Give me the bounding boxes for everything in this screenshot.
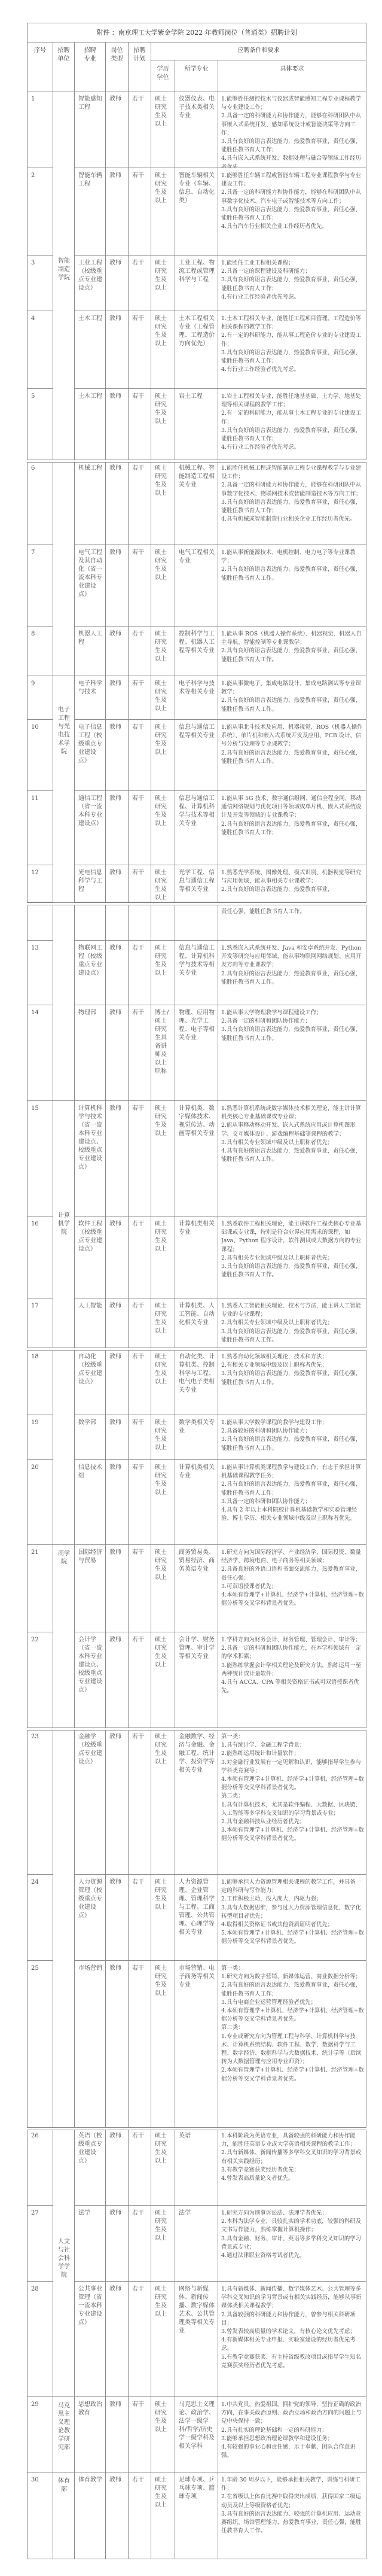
cell-req: 第一类： 1.具有统计学、金融工程学背景； 2.能熟练运用统计和计量软件； 3.…	[218, 1729, 366, 1875]
cell-type: 教师	[106, 941, 129, 1005]
header-requirements: 具体要求	[218, 60, 366, 92]
cell-type: 教师	[106, 461, 129, 545]
unit-cell: 体育部	[53, 2472, 75, 2559]
cell-seq: 10	[27, 720, 53, 791]
cell-req: 1.能从事大学物理教学与课程建设工作； 2.具备一定的科研和团队协作能力； 3.…	[218, 1005, 366, 1101]
cell-major: 思想政治教育	[75, 2397, 106, 2472]
cell-degree: 硕士研究生及以上	[151, 791, 175, 865]
cell-type: 教师	[106, 1005, 129, 1101]
unit-name: 电子工程与光电技术学院	[56, 706, 72, 756]
cell-type: 教师	[106, 1415, 129, 1460]
cell-field: 计算机类相关专业	[175, 1216, 218, 1298]
cell-plan: 若干	[129, 720, 151, 791]
cell-type: 教师	[106, 676, 129, 720]
cell-plan: 若干	[129, 461, 151, 545]
cell-plan: 若干	[129, 2397, 151, 2472]
unit-cell: 智能制造学院	[53, 92, 75, 676]
cell-major: 公共事业管理（省一流本科专业建设点）	[75, 2282, 106, 2397]
cell-type: 教师	[106, 1875, 129, 1961]
cell-req: 1.熟悉自动化领域相关理论，技术和方法； 2.有相关专业领域中级及以上职称者优先…	[218, 1349, 366, 1415]
cell-degree: 硕士研究生及以上	[151, 256, 175, 311]
cell-major: 机械工程	[75, 461, 106, 545]
cell-seq: 12	[27, 865, 53, 902]
cell-field: 光学工程、信息与通信工程等相关专业	[175, 865, 218, 902]
cell-major: 电子科学与技术	[75, 676, 106, 720]
cell-req: 1.中共党员，热爱祖国，拥护党的领导，坚持正确的政治方向，在事关政治原则、政治立…	[218, 2397, 366, 2472]
cell-plan: 若干	[129, 2128, 151, 2206]
cell-degree-continued	[151, 904, 175, 941]
cell-req: 1.研究方向为国际经济学、产业经济学、国际投资、数量经济学、跨境电商、电子商务等…	[218, 1545, 366, 1632]
cell-degree: 硕士研究生及以上	[151, 865, 175, 902]
cell-seq: 4	[27, 311, 53, 389]
cell-seq: 3	[27, 256, 53, 311]
cell-plan-continued	[129, 904, 151, 941]
cell-field-continued	[175, 904, 218, 941]
cell-seq: 14	[27, 1005, 53, 1101]
cell-major-continued	[75, 904, 106, 941]
cell-major: 工业工程（校级重点专业建设点）	[75, 256, 106, 311]
cell-major: 会计学（省一流本科专业建设点、校级重点专业建设点）	[75, 1632, 106, 1729]
cell-type: 教师	[106, 545, 129, 626]
cell-major: 金融学（校级重点专业建设点）	[75, 1729, 106, 1875]
cell-plan: 若干	[129, 1460, 151, 1545]
cell-field: 马克思主义理论、政治学、法学一级学科/哲学/历史学一级学科及相关学科	[175, 2397, 218, 2472]
cell-plan: 若干	[129, 2282, 151, 2397]
cell-degree: 硕士研究生及以上	[151, 2206, 175, 2282]
cell-field: 信息与通信工程等相关专业	[175, 720, 218, 791]
cell-type: 教师	[106, 1298, 129, 1349]
cell-degree: 硕士研究生及以上	[151, 941, 175, 1005]
cell-field: 控制科学与工程、机器人工程等相关专业	[175, 626, 218, 676]
unit-name: 智能制造学院	[56, 257, 72, 282]
cell-plan: 若干	[129, 1875, 151, 1961]
cell-field: 自动化类、计算机类、控制科学与工程、电气电子类相关专业	[175, 1349, 218, 1415]
cell-major: 智能车辆工程	[75, 168, 106, 256]
cell-field: 信息与通信工程、计算机科学与技术等相关专业	[175, 941, 218, 1005]
cell-seq: 11	[27, 791, 53, 865]
cell-type-continued	[106, 904, 129, 941]
cell-plan: 若干	[129, 1101, 151, 1216]
cell-seq: 9	[27, 676, 53, 720]
cell-degree: 硕士研究生及以上	[151, 1632, 175, 1729]
cell-req: 1.能从事微电子、集成电路设计、集成电路测试等专业课教学； 2.具有良好的语言表…	[218, 676, 366, 720]
cell-seq: 26	[27, 2128, 53, 2206]
cell-degree: 硕士研究生及以上	[151, 1349, 175, 1415]
cell-type: 教师	[106, 2472, 129, 2559]
cell-seq: 13	[27, 941, 53, 1005]
cell-field: 电子科学与技术等相关专业	[175, 676, 218, 720]
cell-field: 工业工程、物流工程或管理科学与工程	[175, 256, 218, 311]
cell-degree: 硕士研究生及以上	[151, 1545, 175, 1632]
cell-field: 市场营销、电子商务等相关专业	[175, 1961, 218, 2128]
cell-plan: 若干	[129, 1298, 151, 1349]
cell-req: 1.能从事大学数学课程的教学与建设工作； 2.具备较好的科研和团队协作能力； 3…	[218, 1415, 366, 1460]
header-plan: 招聘计划	[129, 42, 151, 92]
cell-type: 教师	[106, 311, 129, 389]
cell-type: 教师	[106, 2397, 129, 2472]
cell-type: 教师	[106, 1632, 129, 1729]
cell-plan: 若干	[129, 1349, 151, 1415]
cell-major: 计算机科学与技术（省一流本科专业建设点、校级重点专业建设点）	[75, 1101, 106, 1216]
cell-plan: 若干	[129, 311, 151, 389]
cell-seq: 30	[27, 2472, 53, 2559]
cell-major: 光电信息科学与工程	[75, 865, 106, 902]
cell-degree: 硕士研究生及以上	[151, 1101, 175, 1216]
cell-degree: 硕士研究生及以上	[151, 1875, 175, 1961]
cell-field: 土木工程相关专业（工程管理、工程造价方向优先）	[175, 311, 218, 389]
cell-major: 数学部	[75, 1415, 106, 1460]
cell-field: 计算机类、人工智能、自动化相关专业	[175, 1298, 218, 1349]
cell-req: 1.学科方向为财务会计、财务管理、管理会计、审计等； 2.具备一定的科研和团队协…	[218, 1632, 366, 1729]
cell-plan: 若干	[129, 941, 151, 1005]
cell-req: 1.能够承担人力资源管理相关课程的教学工作，并具备一定的科研与写作能力； 2.工…	[218, 1875, 366, 1961]
unit-cell: 电子工程与光电技术学院	[53, 676, 75, 1101]
cell-degree: 硕士研究生及以上	[151, 1415, 175, 1460]
cell-major: 英语（校级重点专业建设点）	[75, 2128, 106, 2206]
cell-plan: 若干	[129, 168, 151, 256]
cell-field: 法学	[175, 2206, 218, 2282]
cell-req: 1.能够胜任测控技术与仪器或智能感知工程专业课程教学与专业建设工作； 2.具备一…	[218, 92, 366, 168]
cell-plan: 若干	[129, 626, 151, 676]
cell-degree: 博士/硕士研究生具备讲师及以上职称	[151, 1005, 175, 1101]
cell-req: 1.能从事 ROS（机器人操作系统）、机器视觉、机器人自主导航、智能控制等专业课…	[218, 626, 366, 676]
cell-field: 网络与新媒体、新闻传播、数字媒体艺术、公共管理类等相关专业	[175, 2282, 218, 2397]
cell-type: 教师	[106, 256, 129, 311]
cell-degree: 硕士研究生及以上	[151, 1298, 175, 1349]
cell-field: 电气工程相关专业	[175, 545, 218, 626]
cell-req: 第一类： 1.研究方向为数字营销、新媒体运营、商业数据分析等； 2.具有良好的语…	[218, 1961, 366, 2128]
cell-seq: 6	[27, 461, 53, 545]
cell-plan: 若干	[129, 256, 151, 311]
cell-req: 1.能胜任工业工程相关课程； 2.具备一定的课程建设及科研能力； 3.具有良好的…	[218, 256, 366, 311]
cell-major: 电子信息工程（校级重点专业建设点）	[75, 720, 106, 791]
cell-major: 人工智能	[75, 1298, 106, 1349]
cell-field: 仪器仪表、电子技术类相关专业	[175, 92, 218, 168]
cell-plan: 若干	[129, 545, 151, 626]
cell-type: 教师	[106, 2282, 129, 2397]
cell-major: 体育教学	[75, 2472, 106, 2559]
cell-degree: 硕士研究生及以上	[151, 2282, 175, 2397]
cell-req: 1.年龄 30 周岁以下，能够承担相关教学、训练与科研工作； 2.在省级以上体育…	[218, 2472, 366, 2559]
cell-seq: 16	[27, 1216, 53, 1298]
cell-degree: 硕士研究生及以上	[151, 168, 175, 256]
page-break-divider	[27, 2127, 366, 2130]
page-break-divider	[27, 1348, 366, 1351]
page-break-divider	[27, 902, 366, 905]
page-break-divider	[27, 1728, 366, 1730]
cell-req-continued: 责任心强，能胜任教书育人工作。	[218, 904, 366, 941]
cell-type: 教师	[106, 791, 129, 865]
cell-degree: 硕士研究生及以上	[151, 545, 175, 626]
cell-major: 电气工程及其自动化（省一流本科专业建设点）	[75, 545, 106, 626]
cell-plan: 若干	[129, 1216, 151, 1298]
unit-cell: 人文与社会科学学院	[53, 2128, 75, 2397]
cell-type: 教师	[106, 626, 129, 676]
unit-name: 计算机学院	[56, 1212, 72, 1237]
cell-type: 教师	[106, 1729, 129, 1875]
cell-seq: 2	[27, 168, 53, 256]
cell-degree: 硕士研究生及以上	[151, 720, 175, 791]
cell-major: 人力资源管理（校级重点专业建设点）	[75, 1875, 106, 1961]
cell-type: 教师	[106, 1349, 129, 1415]
cell-major: 国际经济与贸易	[75, 1545, 106, 1632]
cell-seq: 22	[27, 1632, 53, 1729]
cell-field: 机械工程、智能制造工程相关专业	[175, 461, 218, 545]
cell-req: 1.能胜任机械工程或智能制造工程专业课程教学与专业建设工作； 2.具备一定的科研…	[218, 461, 366, 545]
cell-degree: 硕士研究生及以上	[151, 2397, 175, 2472]
cell-major: 法学	[75, 2206, 106, 2282]
cell-plan: 若干	[129, 1545, 151, 1632]
cell-req: 1.熟悉光学系统、图像处理、模式识别、机器视觉等研究与应用领域，能从事相关专业课…	[218, 865, 366, 902]
cell-degree: 硕士研究生及以上	[151, 1460, 175, 1545]
cell-degree: 硕士研究生及以上	[151, 92, 175, 168]
cell-field: 信息与通信工程、计算机科学与技术等相关专业	[175, 791, 218, 865]
cell-plan: 若干	[129, 1961, 151, 2128]
header-type: 岗位类型	[106, 42, 129, 92]
cell-seq-continued	[27, 904, 53, 941]
cell-req: 1.熟悉软件工程相关理论，能主讲软件工程类核心专业基础课或专业课，特别是符合业界…	[218, 1216, 366, 1298]
unit-name: 体育部	[56, 2477, 72, 2494]
cell-plan: 若干	[129, 1415, 151, 1460]
cell-major: 机器人工程	[75, 626, 106, 676]
cell-seq: 28	[27, 2282, 53, 2397]
cell-plan: 若干	[129, 676, 151, 720]
cell-degree: 硕士研究生及以上	[151, 2472, 175, 2559]
cell-degree: 硕士研究生及以上	[151, 1961, 175, 2128]
header-seq: 序号	[27, 42, 53, 92]
cell-seq: 20	[27, 1460, 53, 1545]
cell-field: 计算机类、数字媒体技术、视觉传达、动画等相关专业	[175, 1101, 218, 1216]
cell-seq: 29	[27, 2397, 53, 2472]
cell-seq: 5	[27, 389, 53, 461]
cell-req: 1.研究方向为刑事诉讼法、法理学者优先； 2.本科为法学专业，具较扎实的学术功底…	[218, 2206, 366, 2282]
cell-plan: 若干	[129, 2206, 151, 2282]
cell-field: 人力资源管理、企业管理、管理科学与工程、工商管理、公共管理、心理学等相关专业	[175, 1875, 218, 1961]
cell-plan: 若干	[129, 1729, 151, 1875]
cell-seq: 18	[27, 1349, 53, 1415]
cell-type: 教师	[106, 865, 129, 902]
unit-name: 商学院	[56, 1550, 72, 1567]
cell-seq: 21	[27, 1545, 53, 1632]
cell-req: 1.熟悉人工智能相关理论、技术与方法，能主讲人工智能专业的专业课程； 2.具有相…	[218, 1298, 366, 1349]
cell-plan: 若干	[129, 1005, 151, 1101]
cell-seq: 15	[27, 1101, 53, 1216]
cell-type: 教师	[106, 1216, 129, 1298]
unit-cell: 商学院	[53, 1545, 75, 2128]
cell-req: 1.能从事 5G 技术、数字通信组网、通信全程全网、移动通信网络规划与优化项目等…	[218, 791, 366, 865]
cell-degree: 硕士研究生及以上	[151, 1729, 175, 1875]
cell-seq: 7	[27, 545, 53, 626]
unit-name: 马克思主义理论教学研究部	[56, 2402, 72, 2452]
cell-plan: 若干	[129, 865, 151, 902]
cell-field: 物理、应用物理、光学工程、电子等相关专业	[175, 1005, 218, 1101]
cell-plan: 若干	[129, 389, 151, 461]
cell-plan: 若干	[129, 2472, 151, 2559]
cell-major: 通信工程（省一流本科专业建设点）	[75, 791, 106, 865]
cell-req: 1.具有新媒体、新闻传播、数字媒体艺术、公共管理等多学科交叉知识的学习背景或有相…	[218, 2282, 366, 2397]
header-major: 招聘专业	[75, 42, 106, 92]
cell-field: 商务贸易类、贸易经济、商务英语专业	[175, 1545, 218, 1632]
cell-plan: 若干	[129, 92, 151, 168]
header-conditions: 应聘条件和要求	[151, 42, 366, 60]
cell-degree: 硕士研究生及以上	[151, 389, 175, 461]
cell-field: 金融数学、经济与金融、金融工程、统计学、投资学等相关专业	[175, 1729, 218, 1875]
cell-seq: 19	[27, 1415, 53, 1460]
cell-degree: 硕士研究生及以上	[151, 676, 175, 720]
cell-seq: 24	[27, 1875, 53, 1961]
cell-degree: 硕士研究生及以上	[151, 626, 175, 676]
cell-field: 足球专项、乒乓球专项、篮球专项	[175, 2472, 218, 2559]
cell-req: 1.岩土工程相关专业，能胜任地基基础、土力学、地基处理等相关课程的教学工作； 2…	[218, 389, 366, 461]
cell-field: 英语	[175, 2128, 218, 2206]
cell-major: 自动化（校级重点专业建设点）	[75, 1349, 106, 1415]
page-break-divider	[27, 460, 366, 463]
header-unit: 招聘单位	[53, 42, 75, 92]
cell-major: 土木工程	[75, 389, 106, 461]
cell-req: 1.熟悉嵌入式系统开发、Java 和安卓系统开发、Python 开发等研究与应用…	[218, 941, 366, 1005]
cell-degree: 硕士研究生及以上	[151, 461, 175, 545]
cell-major: 市场营销	[75, 1961, 106, 2128]
cell-degree: 硕士研究生及以上	[151, 1216, 175, 1298]
cell-req: 1.能够胜任车辆工程或智能车辆工程专业课程教学与专业建设工作； 2.具备一定的科…	[218, 168, 366, 256]
cell-type: 教师	[106, 1545, 129, 1632]
unit-cell: 计算机学院	[53, 1101, 75, 1545]
cell-field: 数学类相关专业	[175, 1415, 218, 1460]
cell-field: 岩土工程	[175, 389, 218, 461]
cell-type: 教师	[106, 2128, 129, 2206]
cell-req: 1.熟悉计算机系统或数字媒体技术相关理论，能主讲计算机类核心专业基础课或专业课；…	[218, 1101, 366, 1216]
cell-seq: 27	[27, 2206, 53, 2282]
cell-major: 物联网工程（校级重点专业建设点）	[75, 941, 106, 1005]
cell-degree: 硕士研究生及以上	[151, 311, 175, 389]
cell-field: 会计学、财务管理、审计学等相关专业	[175, 1632, 218, 1729]
header-field: 所学专业	[175, 60, 218, 92]
cell-major: 物理部	[75, 1005, 106, 1101]
cell-major: 软件工程（校级重点专业建设点）	[75, 1216, 106, 1298]
cell-type: 教师	[106, 1961, 129, 2128]
cell-seq: 23	[27, 1729, 53, 1875]
cell-type: 教师	[106, 1101, 129, 1216]
cell-seq: 1	[27, 92, 53, 168]
cell-plan: 若干	[129, 1632, 151, 1729]
cell-seq: 25	[27, 1961, 53, 2128]
cell-field: 计算机类相关专业	[175, 1460, 218, 1545]
cell-req: 1.能从事北斗技术及应用、机器视觉、ROS（机器人操作系统）、单片机和嵌入式系统…	[218, 720, 366, 791]
cell-field: 智能车辆相关专业（车辆、信息、自动化类）	[175, 168, 218, 256]
cell-req: 1.能从事计算机类课程教学与建设工作，有志于承担计算机基础课程教学任务； 2.具…	[218, 1460, 366, 1545]
cell-type: 教师	[106, 720, 129, 791]
cell-type: 教师	[106, 168, 129, 256]
cell-seq: 8	[27, 626, 53, 676]
cell-plan: 若干	[129, 791, 151, 865]
unit-name: 人文与社会科学学院	[56, 2238, 72, 2280]
cell-major: 土木工程	[75, 311, 106, 389]
cell-req: 1.能从事新能源技术、电机控制、电力电子等专业课教学； 2.具有良好的语言表达能…	[218, 545, 366, 626]
cell-type: 教师	[106, 92, 129, 168]
cell-req: 1.土木工程相关专业，能胜任工程项目管理、工程造价等相关课程的教学工作； 2.有…	[218, 311, 366, 389]
unit-cell: 马克思主义理论教学研究部	[53, 2397, 75, 2472]
cell-seq: 17	[27, 1298, 53, 1349]
cell-degree: 硕士研究生及以上	[151, 2128, 175, 2206]
header-degree: 学历学位	[151, 60, 175, 92]
cell-major: 信息技术组	[75, 1460, 106, 1545]
cell-type: 教师	[106, 2206, 129, 2282]
cell-type: 教师	[106, 1460, 129, 1545]
cell-type: 教师	[106, 389, 129, 461]
document-title: 附件 ：南京理工大学紫金学院 2022 年教师岗位（普通类）招聘计划	[27, 23, 366, 42]
cell-major: 智能感知工程	[75, 92, 106, 168]
cell-req: 1.本科阶段为英语专业，具备较强的科研能力和协作能力，能胜任英语专业或大学英语相…	[218, 2128, 366, 2206]
